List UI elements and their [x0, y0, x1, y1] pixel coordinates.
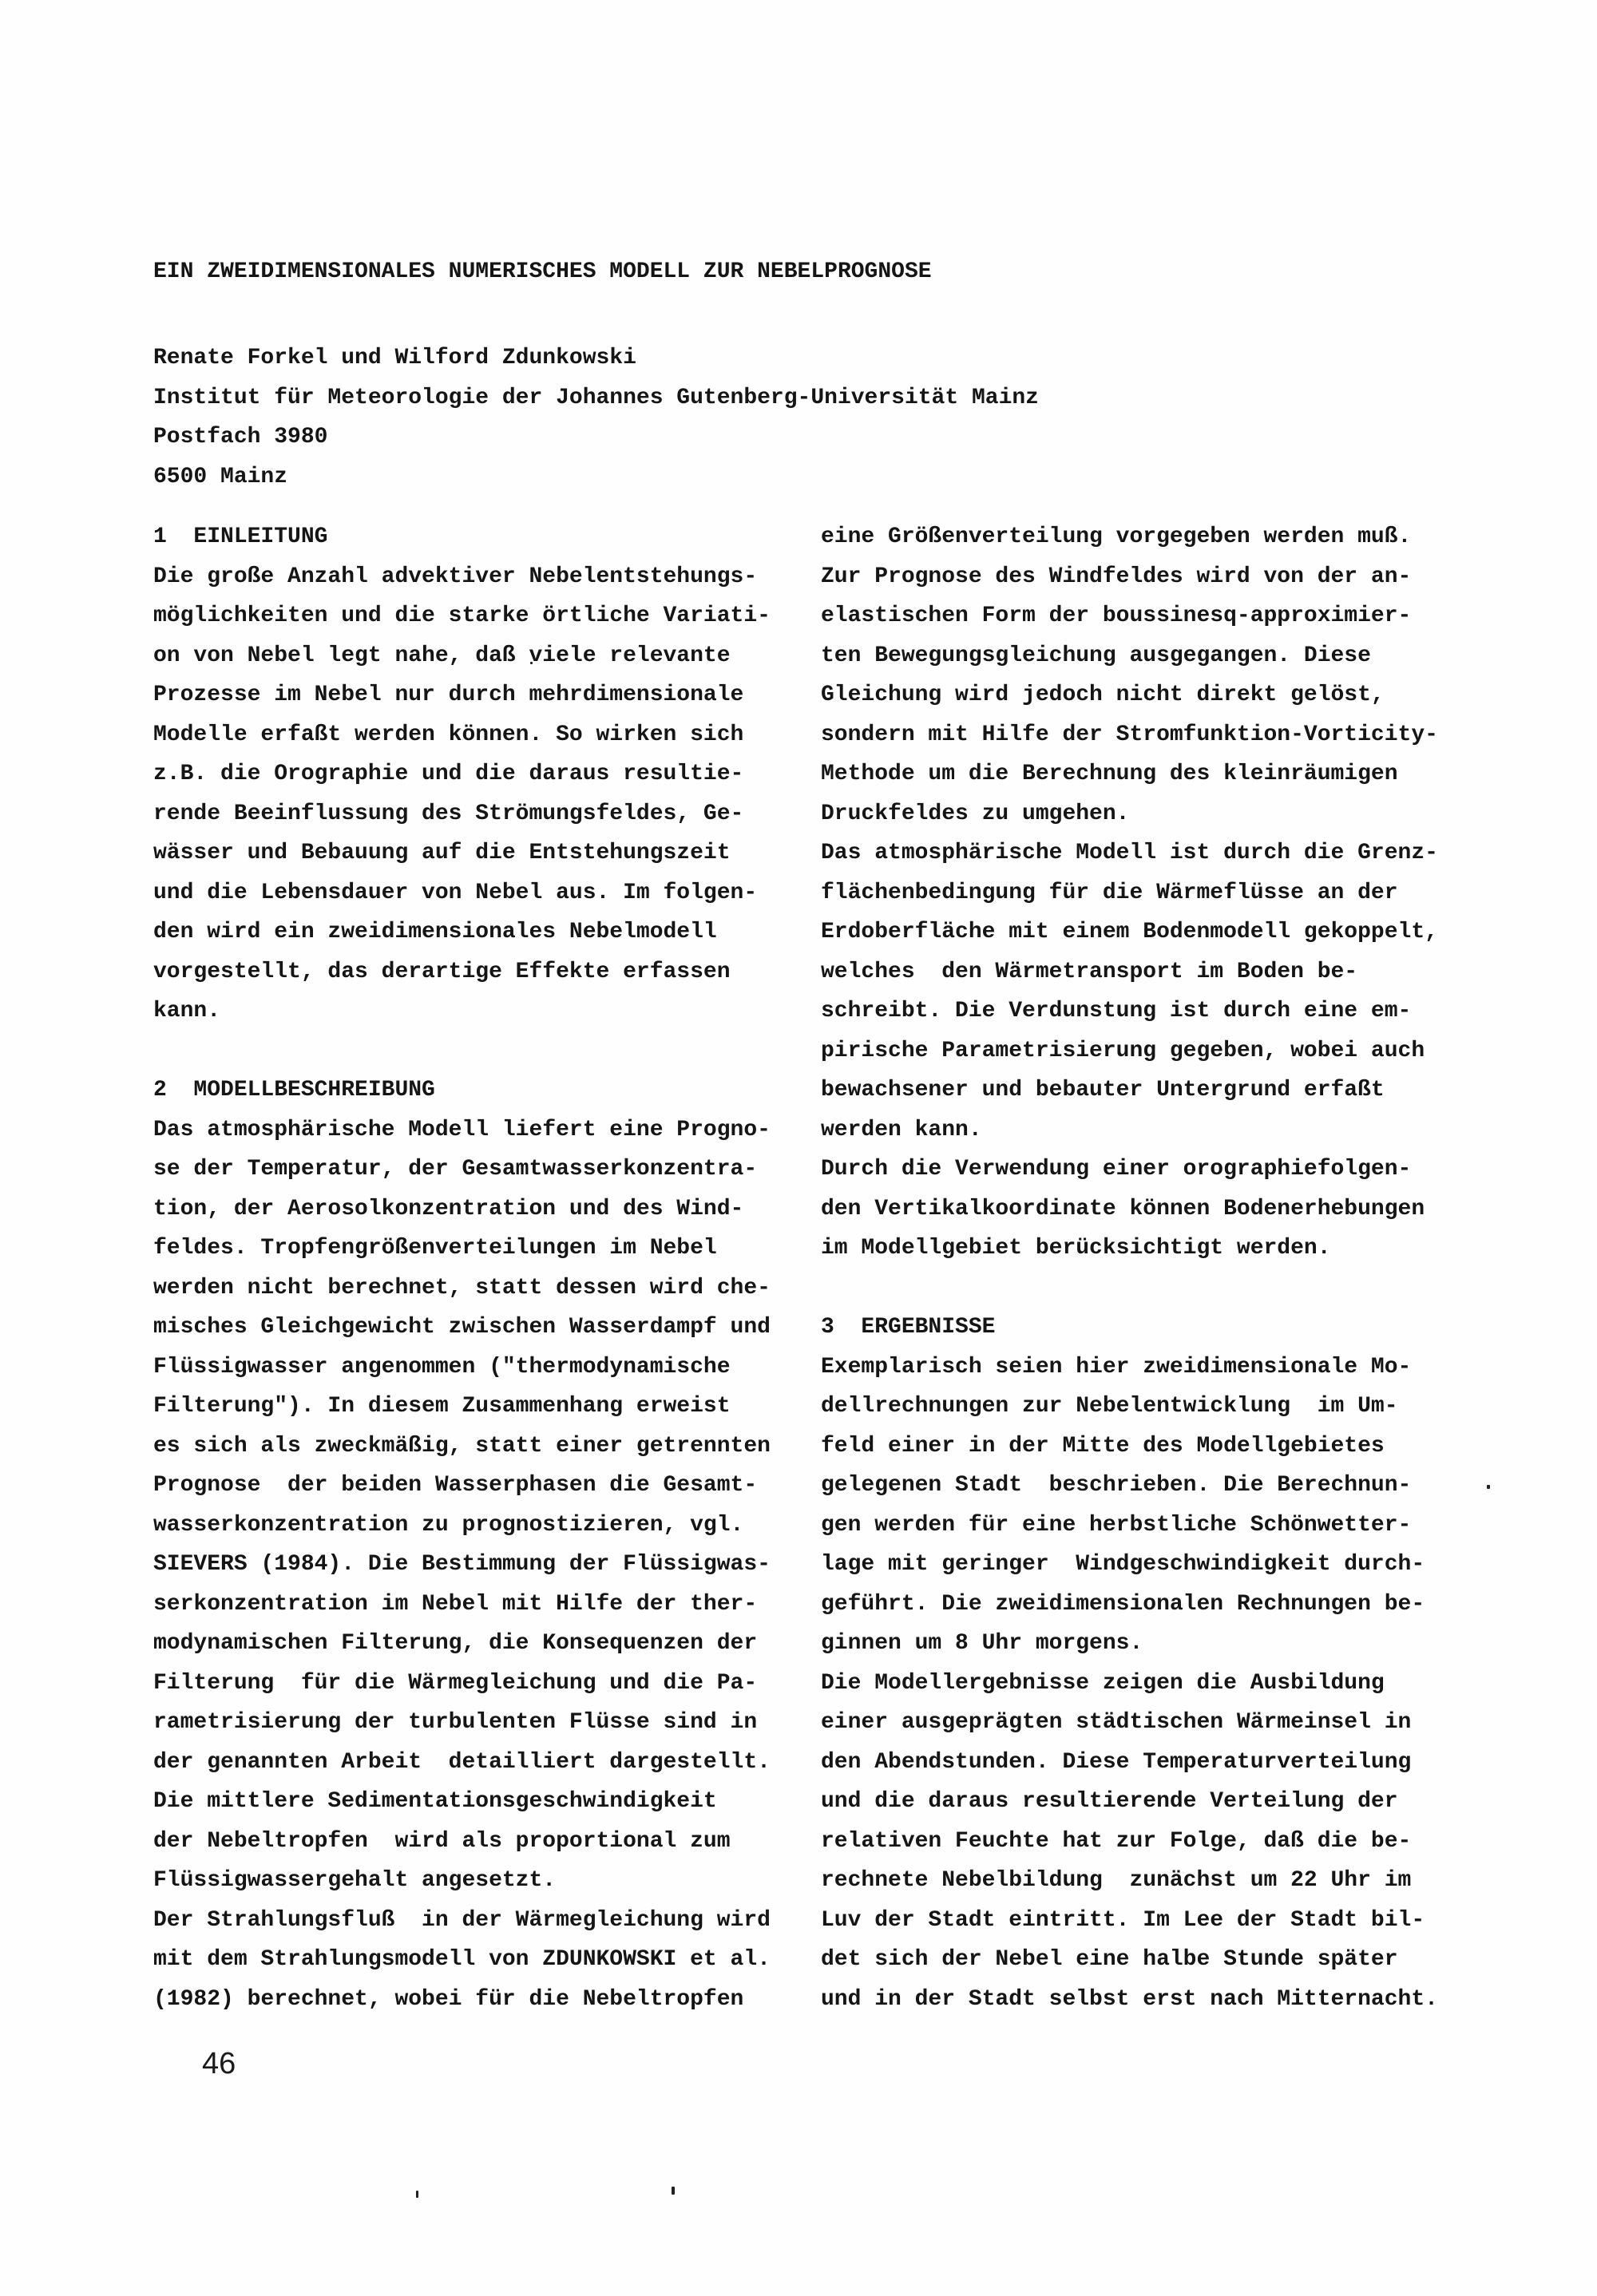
- text-line: Der Strahlungsfluß in der Wärmegleichung…: [153, 1901, 816, 1941]
- text-line: feldes. Tropfengrößenverteilungen im Neb…: [153, 1229, 816, 1269]
- text-line: bewachsener und bebauter Untergrund erfa…: [821, 1071, 1492, 1110]
- text-line: im Modellgebiet berücksichtigt werden.: [821, 1229, 1492, 1269]
- text-line: rametrisierung der turbulenten Flüsse si…: [153, 1703, 816, 1743]
- ink-speck: [416, 2191, 418, 2198]
- text-line: rende Beeinflussung des Strömungsfeldes,…: [153, 794, 816, 834]
- ink-speck: [672, 2187, 675, 2195]
- text-line: flächenbedingung für die Wärmeflüsse an …: [821, 873, 1492, 913]
- text-line: Filterung für die Wärmegleichung und die…: [153, 1664, 816, 1704]
- text-line: relativen Feuchte hat zur Folge, daß die…: [821, 1822, 1492, 1862]
- text-line: 6500 Mainz: [153, 457, 1039, 497]
- text-line: on von Nebel legt nahe, daß viele releva…: [153, 636, 816, 676]
- article-title: EIN ZWEIDIMENSIONALES NUMERISCHES MODELL…: [153, 252, 932, 292]
- text-line: und in der Stadt selbst erst nach Mitter…: [821, 1980, 1492, 2020]
- text-line: Filterung"). In diesem Zusammenhang erwe…: [153, 1387, 816, 1427]
- text-line: rechnete Nebelbildung zunächst um 22 Uhr…: [821, 1861, 1492, 1901]
- blank-line: [153, 1031, 816, 1071]
- text-line: wässer und Bebauung auf die Entstehungsz…: [153, 833, 816, 873]
- text-line: Institut für Meteorologie der Johannes G…: [153, 378, 1039, 418]
- section-heading: 3 ERGEBNISSE: [821, 1308, 1492, 1348]
- text-line: der Nebeltropfen wird als proportional z…: [153, 1822, 816, 1862]
- blank-line: [821, 1269, 1492, 1308]
- ink-speck: [530, 662, 533, 664]
- text-line: gen werden für eine herbstliche Schönwet…: [821, 1506, 1492, 1546]
- text-line: sondern mit Hilfe der Stromfunktion-Vort…: [821, 715, 1492, 755]
- text-line: pirische Parametrisierung gegeben, wobei…: [821, 1031, 1492, 1071]
- left-column: 1 EINLEITUNGDie große Anzahl advektiver …: [153, 517, 816, 2019]
- text-line: und die daraus resultierende Verteilung …: [821, 1782, 1492, 1822]
- text-line: vorgestellt, das derartige Effekte erfas…: [153, 952, 816, 992]
- text-line: se der Temperatur, der Gesamtwasserkonze…: [153, 1150, 816, 1190]
- text-line: misches Gleichgewicht zwischen Wasserdam…: [153, 1308, 816, 1348]
- text-line: Durch die Verwendung einer orographiefol…: [821, 1150, 1492, 1190]
- text-line: Flüssigwassergehalt angesetzt.: [153, 1861, 816, 1901]
- text-line: gelegenen Stadt beschrieben. Die Berechn…: [821, 1466, 1492, 1506]
- text-line: Flüssigwasser angenommen ("thermodynamis…: [153, 1348, 816, 1387]
- text-line: Druckfeldes zu umgehen.: [821, 794, 1492, 834]
- author-affiliation-block: Renate Forkel und Wilford ZdunkowskiInst…: [153, 338, 1039, 497]
- text-line: ginnen um 8 Uhr morgens.: [821, 1624, 1492, 1664]
- text-line: eine Größenverteilung vorgegeben werden …: [821, 517, 1492, 557]
- text-line: geführt. Die zweidimensionalen Rechnunge…: [821, 1585, 1492, 1625]
- text-line: den wird ein zweidimensionales Nebelmode…: [153, 912, 816, 952]
- text-line: Luv der Stadt eintritt. Im Lee der Stadt…: [821, 1901, 1492, 1941]
- text-line: werden kann.: [821, 1110, 1492, 1150]
- text-line: wasserkonzentration zu prognostizieren, …: [153, 1506, 816, 1546]
- text-line: mit dem Strahlungsmodell von ZDUNKOWSKI …: [153, 1940, 816, 1980]
- text-line: Das atmosphärische Modell liefert eine P…: [153, 1110, 816, 1150]
- text-line: (1982) berechnet, wobei für die Nebeltro…: [153, 1980, 816, 2020]
- document-page: EIN ZWEIDIMENSIONALES NUMERISCHES MODELL…: [0, 0, 1597, 2296]
- text-line: Erdoberfläche mit einem Bodenmodell geko…: [821, 912, 1492, 952]
- text-line: der genannten Arbeit detailliert dargest…: [153, 1743, 816, 1783]
- text-line: den Abendstunden. Diese Temperaturvertei…: [821, 1743, 1492, 1783]
- text-line: Die mittlere Sedimentationsgeschwindigke…: [153, 1782, 816, 1822]
- ink-speck: [1487, 1485, 1490, 1489]
- text-line: Modelle erfaßt werden können. So wirken …: [153, 715, 816, 755]
- text-line: möglichkeiten und die starke örtliche Va…: [153, 596, 816, 636]
- text-line: Exemplarisch seien hier zweidimensionale…: [821, 1348, 1492, 1387]
- section-heading: 2 MODELLBESCHREIBUNG: [153, 1071, 816, 1110]
- text-line: feld einer in der Mitte des Modellgebiet…: [821, 1427, 1492, 1467]
- text-line: z.B. die Orographie und die daraus resul…: [153, 754, 816, 794]
- text-line: es sich als zweckmäßig, statt einer getr…: [153, 1427, 816, 1467]
- text-line: ten Bewegungsgleichung ausgegangen. Dies…: [821, 636, 1492, 676]
- text-line: kann.: [153, 992, 816, 1031]
- text-line: den Vertikalkoordinate können Bodenerheb…: [821, 1190, 1492, 1229]
- text-line: tion, der Aerosolkonzentration und des W…: [153, 1190, 816, 1229]
- text-line: Das atmosphärische Modell ist durch die …: [821, 833, 1492, 873]
- text-line: SIEVERS (1984). Die Bestimmung der Flüss…: [153, 1545, 816, 1585]
- text-line: Renate Forkel und Wilford Zdunkowski: [153, 338, 1039, 378]
- text-line: det sich der Nebel eine halbe Stunde spä…: [821, 1940, 1492, 1980]
- text-line: lage mit geringer Windgeschwindigkeit du…: [821, 1545, 1492, 1585]
- text-line: schreibt. Die Verdunstung ist durch eine…: [821, 992, 1492, 1031]
- text-line: Methode um die Berechnung des kleinräumi…: [821, 754, 1492, 794]
- text-line: Die Modellergebnisse zeigen die Ausbildu…: [821, 1664, 1492, 1704]
- right-column: eine Größenverteilung vorgegeben werden …: [821, 517, 1492, 2019]
- text-line: serkonzentration im Nebel mit Hilfe der …: [153, 1585, 816, 1625]
- text-line: Die große Anzahl advektiver Nebelentsteh…: [153, 557, 816, 597]
- section-heading: 1 EINLEITUNG: [153, 517, 816, 557]
- page-number: 46: [202, 2049, 236, 2079]
- text-line: welches den Wärmetransport im Boden be-: [821, 952, 1492, 992]
- text-line: Zur Prognose des Windfeldes wird von der…: [821, 557, 1492, 597]
- text-line: dellrechnungen zur Nebelentwicklung im U…: [821, 1387, 1492, 1427]
- text-line: Gleichung wird jedoch nicht direkt gelös…: [821, 675, 1492, 715]
- text-line: und die Lebensdauer von Nebel aus. Im fo…: [153, 873, 816, 913]
- text-line: Postfach 3980: [153, 418, 1039, 457]
- text-line: modynamischen Filterung, die Konsequenze…: [153, 1624, 816, 1664]
- text-line: Prozesse im Nebel nur durch mehrdimensio…: [153, 675, 816, 715]
- text-line: werden nicht berechnet, statt dessen wir…: [153, 1269, 816, 1308]
- text-line: einer ausgeprägten städtischen Wärmeinse…: [821, 1703, 1492, 1743]
- text-line: Prognose der beiden Wasserphasen die Ges…: [153, 1466, 816, 1506]
- text-line: elastischen Form der boussinesq-approxim…: [821, 596, 1492, 636]
